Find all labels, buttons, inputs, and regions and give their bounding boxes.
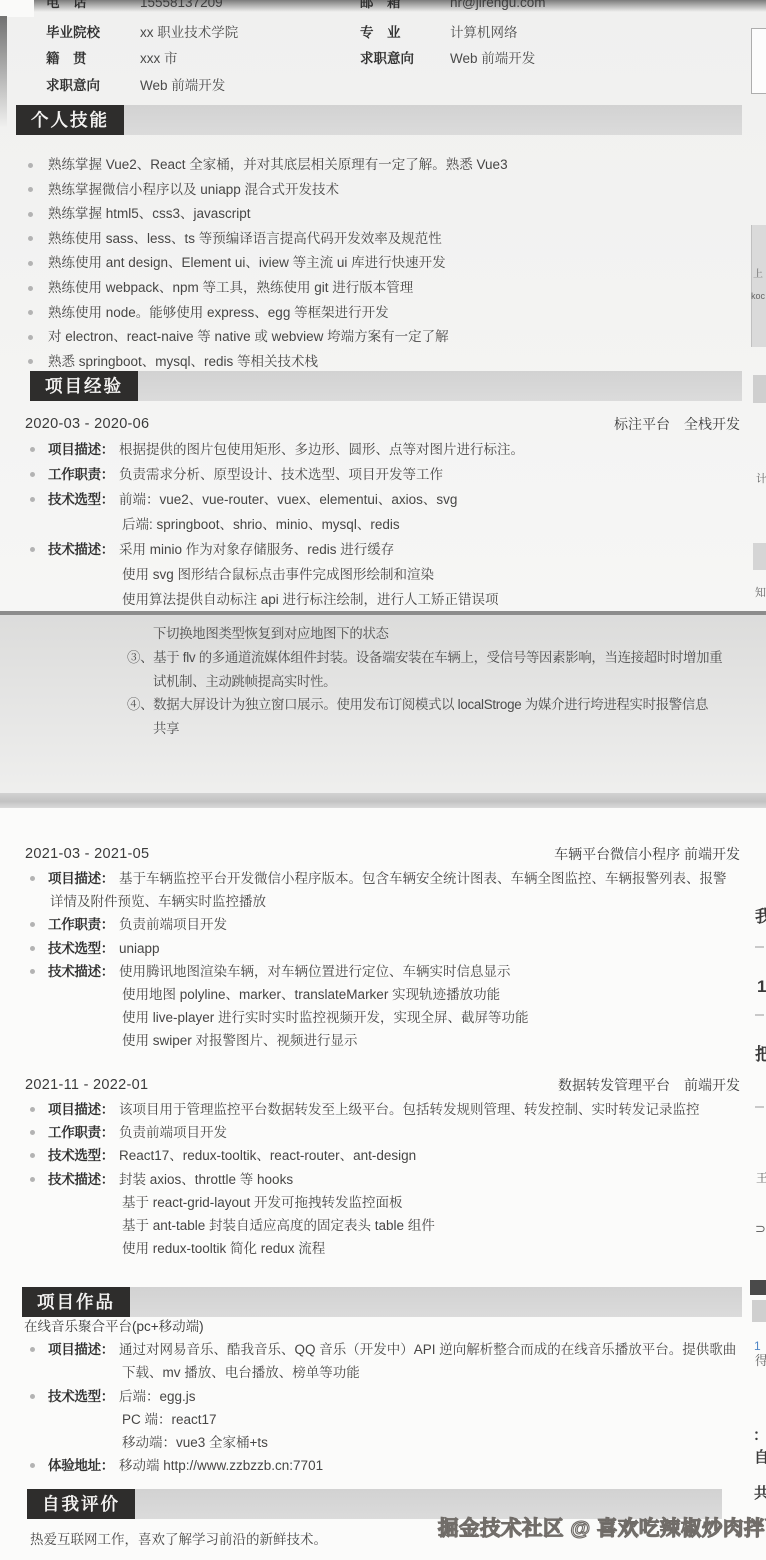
project-detail-line: 详情及附件预览、车辆实时监控播放 [0, 890, 766, 913]
resume-screenshot: 电 话15558137209邮 箱hr@jirengu.com毕业院校xx 职业… [0, 0, 766, 1560]
project-role: 车辆平台微信小程序 前端开发 [554, 841, 740, 867]
project-date-row: 2020-03 - 2020-06标注平台 全栈开发 [0, 412, 766, 437]
bullet-icon [30, 547, 35, 552]
project-detail-line: 基于 ant-table 封装自适应高度的固定表头 table 组件 [0, 1214, 766, 1237]
evaluation-text: 热爱互联网工作，喜欢了解学习前沿的新鲜技术。 [30, 1528, 327, 1548]
contact-value: xx 职业技术学院 [140, 22, 238, 43]
detail-text: 使用 swiper 对报警图片、视频进行显示 [122, 1033, 358, 1048]
project-detail-line: 技术选型：uniapp [0, 937, 766, 960]
edge-text-fragment: 得 [755, 1354, 766, 1367]
bullet-icon [28, 335, 33, 340]
edge-grey-panel [751, 225, 766, 347]
contact-key: 毕业院校 [46, 22, 100, 43]
project-detail-line: 项目描述：基于车辆监控平台开发微信小程序版本。包含车辆安全统计图表、车辆全图监控… [0, 867, 766, 890]
detail-text: 根据提供的图片包使用矩形、多边形、圆形、点等对图片进行标注。 [119, 442, 524, 457]
edge-dash [755, 946, 764, 948]
top-left-corner [0, 0, 34, 17]
detail-key: 工作职责： [48, 1125, 114, 1140]
top-window-shadow [0, 0, 766, 12]
edge-text-fragment: ⊃ [755, 1222, 766, 1235]
overlay-line: ④、数据大屏设计为独立窗口展示。使用发布订阅模式以 localStroge 为媒… [0, 693, 766, 717]
bullet-icon [30, 1347, 35, 1352]
project-detail-line: 使用 live-player 进行实时实时监控视频开发，实现全屏、截屏等功能 [0, 1006, 766, 1029]
skill-item: 熟练使用 node。能够使用 express、egg 等框架进行开发 [0, 301, 760, 325]
project-detail-line: 使用 redux-tooltik 简化 redux 流程 [0, 1237, 766, 1260]
edge-text-fragment: ： [753, 1428, 766, 1443]
edge-dark-bar [750, 1280, 766, 1295]
project-detail-line: 使用算法提供自动标注 api 进行标注绘制，进行人工矫正错误项 [0, 587, 766, 612]
detail-key: 工作职责： [48, 917, 114, 932]
bullet-icon [30, 922, 35, 927]
skill-text: 对 electron、react-naive 等 native 或 webvie… [48, 329, 449, 344]
bullet-icon [30, 1463, 35, 1468]
bullet-icon [28, 163, 33, 168]
project-date: 2020-03 - 2020-06 [25, 412, 149, 437]
overlay-line: 共享 [0, 717, 766, 741]
detail-key: 技术选型： [48, 1148, 114, 1163]
detail-key: 技术选型： [48, 941, 114, 956]
bullet-icon [30, 472, 35, 477]
project-detail-line: 工作职责：负责需求分析、原型设计、技术选型、项目开发等工作 [0, 462, 766, 487]
detail-text: 负责需求分析、原型设计、技术选型、项目开发等工作 [119, 467, 443, 482]
edge-dash [755, 1106, 764, 1108]
project-date-row: 2021-03 - 2021-05车辆平台微信小程序 前端开发 [0, 841, 766, 867]
edge-dash [755, 1014, 764, 1016]
edge-text-fragment: 1 [754, 1340, 761, 1352]
detail-text: 使用 svg 图形结合鼠标点击事件完成图形绘制和渲染 [122, 567, 434, 582]
left-edge-shadow [0, 16, 7, 128]
project-detail-line: 使用 swiper 对报警图片、视频进行显示 [0, 1029, 766, 1052]
project-date-row: 2021-11 - 2022-01数据转发管理平台 前端开发 [0, 1072, 766, 1098]
project-detail-line: 基于 react-grid-layout 开发可拖拽转发监控面板 [0, 1191, 766, 1214]
project-block: 2020-03 - 2020-06标注平台 全栈开发项目描述：根据提供的图片包使… [0, 412, 766, 612]
bullet-icon [30, 876, 35, 881]
project-date: 2021-11 - 2022-01 [25, 1072, 148, 1098]
bullet-icon [28, 286, 33, 291]
project-detail-line: 移动端：vue3 全家桶+ts [0, 1431, 766, 1454]
detail-text: 前端：vue2、vue-router、vuex、elementui、axios、… [119, 492, 457, 507]
section-title-skills: 个人技能 [16, 105, 124, 135]
bullet-icon [28, 359, 33, 364]
section-title-evaluation: 自我评价 [27, 1489, 135, 1519]
edge-text-fragment: 自 [754, 1450, 766, 1465]
bullet-icon [28, 236, 33, 241]
bullet-icon [30, 497, 35, 502]
detail-text: 使用 redux-tooltik 简化 redux 流程 [122, 1241, 325, 1256]
project-detail-line: PC 端：react17 [0, 1408, 766, 1431]
edge-text-fragment: 把 [755, 1046, 766, 1063]
project-detail-line: 技术描述：封装 axios、throttle 等 hooks [0, 1168, 766, 1191]
project-detail-line: 项目描述：根据提供的图片包使用矩形、多边形、圆形、点等对图片进行标注。 [0, 437, 766, 462]
detail-key: 项目描述： [48, 442, 114, 457]
works-subtitle: 在线音乐聚合平台(pc+移动端) [0, 1315, 766, 1338]
detail-text: 下载、mv 播放、电台播放、榜单等功能 [122, 1365, 360, 1380]
skill-text: 熟练使用 ant design、Element ui、iview 等主流 ui … [48, 255, 446, 270]
project-role: 标注平台 全栈开发 [614, 412, 740, 437]
section-header-bar [138, 371, 742, 401]
project-detail-line: 项目描述：该项目用于管理监控平台数据转发至上级平台。包括转发规则管理、转发控制、… [0, 1098, 766, 1121]
bullet-icon [30, 1107, 35, 1112]
edge-text-fragment: 我 [755, 908, 766, 925]
bullet-icon [30, 1153, 35, 1158]
bullet-icon [30, 1130, 35, 1135]
detail-key: 技术描述： [48, 1172, 114, 1187]
skill-item: 熟练掌握微信小程序以及 uniapp 混合式开发技术 [0, 178, 760, 202]
bullet-icon [28, 187, 33, 192]
project-block: 2021-03 - 2021-05车辆平台微信小程序 前端开发项目描述：基于车辆… [0, 841, 766, 1053]
bullet-icon [30, 1394, 35, 1399]
skill-item: 熟练使用 webpack、npm 等工具，熟练使用 git 进行版本管理 [0, 276, 760, 300]
skill-text: 熟练使用 webpack、npm 等工具，熟练使用 git 进行版本管理 [48, 280, 413, 295]
bullet-icon [28, 261, 33, 266]
project-detail-line: 技术描述：采用 minio 作为对象存储服务、redis 进行缓存 [0, 537, 766, 562]
detail-text: uniapp [119, 941, 160, 956]
detail-text: 使用 live-player 进行实时实时监控视频开发，实现全屏、截屏等功能 [122, 1010, 529, 1025]
detail-text: PC 端：react17 [122, 1412, 217, 1427]
section-header-bar [124, 105, 742, 135]
skill-item: 熟练使用 ant design、Element ui、iview 等主流 ui … [0, 251, 760, 275]
contact-key: 籍 贯 [46, 48, 87, 69]
bullet-icon [30, 1177, 35, 1182]
skill-item: 熟练掌握 Vue2、React 全家桶，并对其底层相关原理有一定了解。熟悉 Vu… [0, 153, 760, 177]
project-detail-line: 下载、mv 播放、电台播放、榜单等功能 [0, 1361, 766, 1384]
project-detail-line: 工作职责：负责前端项目开发 [0, 1121, 766, 1144]
detail-text: 负责前端项目开发 [119, 1125, 227, 1140]
edge-text-fragment: 知 [755, 588, 766, 599]
skill-text: 熟练掌握 Vue2、React 全家桶，并对其底层相关原理有一定了解。熟悉 Vu… [48, 157, 508, 172]
contact-row: 求职意向Web 前端开发 [0, 75, 766, 96]
project-detail-line: 技术描述：使用腾讯地图渲染车辆，对车辆位置进行定位、车辆实时信息显示 [0, 960, 766, 983]
watermark: 掘金技术社区 @ 喜欢吃辣椒炒肉拌面 [438, 1511, 766, 1541]
skill-text: 熟练掌握微信小程序以及 uniapp 混合式开发技术 [48, 182, 339, 197]
contact-value: Web 前端开发 [140, 75, 225, 96]
contact-row: 毕业院校xx 职业技术学院专 业计算机网络 [0, 22, 766, 43]
bullet-icon [28, 310, 33, 315]
edge-text-fragment: 共 [754, 1486, 766, 1501]
edge-grey-box [752, 1300, 766, 1322]
detail-key: 技术选型： [48, 492, 114, 507]
section-title-experience: 项目经验 [30, 371, 138, 401]
detail-text: 采用 minio 作为对象存储服务、redis 进行缓存 [119, 542, 394, 557]
project-detail-line: 使用 svg 图形结合鼠标点击事件完成图形绘制和渲染 [0, 562, 766, 587]
contact-value: Web 前端开发 [450, 48, 535, 69]
project-detail-line: 使用地图 polyline、marker、translateMarker 实现轨… [0, 983, 766, 1006]
detail-text: 负责前端项目开发 [119, 917, 227, 932]
skill-text: 熟悉 springboot、mysql、redis 等相关技术栈 [48, 354, 318, 369]
works-body: 在线音乐聚合平台(pc+移动端) 项目描述：通过对网易音乐、酷我音乐、QQ 音乐… [0, 1315, 766, 1477]
contact-key: 求职意向 [46, 75, 100, 96]
edge-text-fragment: koc [751, 292, 765, 301]
section-header-bar [130, 1287, 742, 1317]
project-date: 2021-03 - 2021-05 [25, 841, 149, 867]
edge-grey-box [753, 543, 766, 570]
contact-key: 专 业 [360, 22, 401, 43]
edge-grey-box [753, 375, 766, 403]
skill-item: 熟练使用 sass、less、ts 等预编译语言提高代码开发效率及规范性 [0, 227, 760, 251]
project-detail-line: 后端: springboot、shrio、minio、mysql、redis [0, 512, 766, 537]
detail-text: 通过对网易音乐、酷我音乐、QQ 音乐（开发中）API 逆向解析整合而成的在线音乐… [119, 1342, 736, 1357]
detail-key: 技术描述： [48, 542, 114, 557]
bullet-icon [30, 969, 35, 974]
detail-text: 使用地图 polyline、marker、translateMarker 实现轨… [122, 987, 500, 1002]
detail-text: 基于车辆监控平台开发微信小程序版本。包含车辆安全统计图表、车辆全图监控、车辆报警… [119, 871, 727, 886]
detail-key: 技术描述： [48, 964, 114, 979]
bullet-icon [30, 946, 35, 951]
contact-row: 籍 贯xxx 市求职意向Web 前端开发 [0, 48, 766, 69]
project-detail-line: 技术选型：后端：egg.js [0, 1385, 766, 1408]
section-header-works: 项目作品 [22, 1287, 742, 1317]
overlay-line: 试机制、主动跳帧提高实时性。 [0, 670, 766, 694]
detail-text: 移动端：vue3 全家桶+ts [122, 1435, 268, 1450]
detail-key: 工作职责： [48, 467, 114, 482]
detail-text: 基于 react-grid-layout 开发可拖拽转发监控面板 [122, 1195, 403, 1210]
skill-item: 熟练掌握 html5、css3、javascript [0, 202, 760, 226]
edge-text-fragment: 计 [756, 474, 766, 485]
detail-text: 该项目用于管理监控平台数据转发至上级平台。包括转发规则管理、转发控制、实时转发记… [119, 1102, 700, 1117]
contact-value: 计算机网络 [450, 22, 518, 43]
project-detail-line: 技术选型：前端：vue2、vue-router、vuex、elementui、a… [0, 487, 766, 512]
project-detail-line: 技术选型：React17、redux-tooltik、react-router、… [0, 1144, 766, 1167]
detail-text: 基于 ant-table 封装自适应高度的固定表头 table 组件 [122, 1218, 435, 1233]
edge-text-fragment: 1 [757, 978, 766, 995]
detail-key: 项目描述： [48, 1102, 114, 1117]
section-title-works: 项目作品 [22, 1287, 130, 1317]
detail-key: 项目描述： [48, 1342, 114, 1357]
overlay-band: 下切换地图类型恢复到对应地图下的状态③、基于 flv 的多通道流媒体组件封装。设… [0, 611, 766, 808]
detail-text: 后端：egg.js [119, 1389, 196, 1404]
edge-text-fragment: 王 [756, 1172, 766, 1184]
contact-value: xxx 市 [140, 48, 178, 69]
skill-text: 熟练掌握 html5、css3、javascript [48, 206, 251, 221]
contact-key: 求职意向 [360, 48, 414, 69]
project-role: 数据转发管理平台 前端开发 [558, 1072, 740, 1098]
project-block: 2021-11 - 2022-01数据转发管理平台 前端开发项目描述：该项目用于… [0, 1072, 766, 1260]
edge-window-box [751, 28, 766, 94]
section-header-experience: 项目经验 [30, 371, 742, 401]
skill-text: 熟练使用 node。能够使用 express、egg 等框架进行开发 [48, 305, 389, 320]
overlay-line: 下切换地图类型恢复到对应地图下的状态 [0, 622, 766, 646]
skill-item: 对 electron、react-naive 等 native 或 webvie… [0, 325, 760, 349]
edge-text-fragment: 上 [753, 270, 763, 280]
overlay-band-bottom-strip [0, 793, 766, 808]
project-detail-line: 体验地址：移动端 http://www.zzbzzb.cn:7701 [0, 1454, 766, 1477]
detail-text: React17、redux-tooltik、react-router、ant-d… [119, 1148, 416, 1163]
detail-key: 体验地址： [48, 1458, 114, 1473]
detail-text: 移动端 http://www.zzbzzb.cn:7701 [119, 1458, 323, 1473]
detail-key: 技术选型： [48, 1389, 114, 1404]
detail-text: 使用腾讯地图渲染车辆，对车辆位置进行定位、车辆实时信息显示 [119, 964, 511, 979]
detail-key: 项目描述： [48, 871, 114, 886]
bullet-icon [28, 212, 33, 217]
detail-text: 使用算法提供自动标注 api 进行标注绘制，进行人工矫正错误项 [122, 592, 499, 607]
project-detail-line: 项目描述：通过对网易音乐、酷我音乐、QQ 音乐（开发中）API 逆向解析整合而成… [0, 1338, 766, 1361]
detail-text: 后端: springboot、shrio、minio、mysql、redis [122, 517, 400, 532]
bullet-icon [30, 447, 35, 452]
project-detail-line: 工作职责：负责前端项目开发 [0, 913, 766, 936]
skill-text: 熟练使用 sass、less、ts 等预编译语言提高代码开发效率及规范性 [48, 231, 442, 246]
detail-text: 详情及附件预览、车辆实时监控播放 [50, 894, 266, 909]
detail-text: 封装 axios、throttle 等 hooks [119, 1172, 293, 1187]
section-header-skills: 个人技能 [16, 105, 742, 135]
overlay-line: ③、基于 flv 的多通道流媒体组件封装。设备端安装在车辆上，受信号等因素影响，… [0, 646, 766, 670]
